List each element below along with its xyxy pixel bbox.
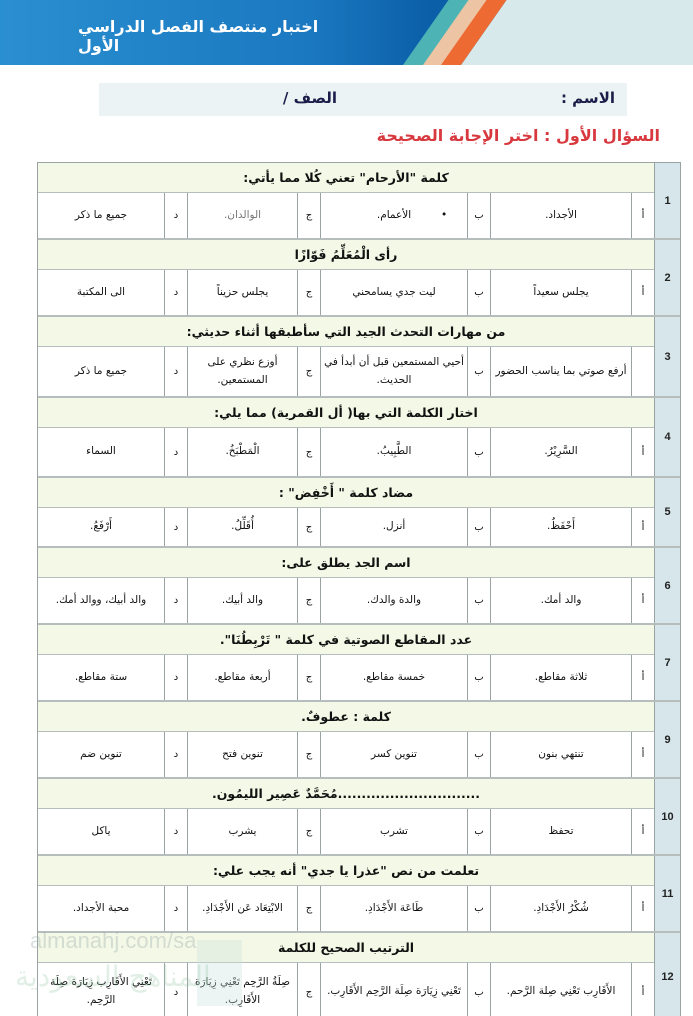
question-text: عدد المقاطع الصوتية في كلمة " تَرْبِطُنَ… [38,625,654,655]
question-row: 4 اختار الكلمة التي بها( أل القمرية) مما… [38,398,680,478]
option-b[interactable]: تنوين كسر [320,732,467,777]
question-number: 6 [654,548,680,623]
option-c-label: ج [297,270,320,315]
option-d-label: د [164,578,187,623]
question-text: كلمة "الأرحام" تعني كُلا مما يأتي: [38,163,654,193]
bullet-icon: • [441,207,447,225]
question-row: 6 اسم الجد يطلق على: أ والد أمك. ب والدة… [38,548,680,625]
questions-table: 1 كلمة "الأرحام" تعني كُلا مما يأتي: أ ا… [37,162,681,1016]
question-body: كلمة : عطوفٌ. أ تنتهي بنون ب تنوين كسر ج… [38,702,654,777]
option-b-label: ب [467,508,490,546]
question-body: من مهارات التحدث الجيد التي سأطبقها أثنا… [38,317,654,396]
options-row: أ تحفظ ب تشرب ج يشرب د ياكل [38,809,654,854]
option-b-label: ب [467,428,490,476]
question-body: اسم الجد يطلق على: أ والد أمك. ب والدة و… [38,548,654,623]
option-d-label: د [164,732,187,777]
question-text: كلمة : عطوفٌ. [38,702,654,732]
options-row: أ ثلاثة مقاطع. ب خمسة مقاطع. ج أربعة مقا… [38,655,654,700]
question-row: 5 مضاد كلمة " أَخْفِض" : أ أَحْفَظُ. ب أ… [38,478,680,548]
option-c-label: ج [297,963,320,1016]
question-text: اختار الكلمة التي بها( أل القمرية) مما ي… [38,398,654,428]
option-b-text: طَاعَة الأَجْدَادِ. [365,900,424,918]
option-a-label: أ [631,578,654,623]
question-text: مضاد كلمة " أَخْفِض" : [38,478,654,508]
options-row: أ تنتهي بنون ب تنوين كسر ج تنوين فتح د ت… [38,732,654,777]
option-a-label: أ [631,655,654,700]
student-info-bar: الاسم : الصف / [99,83,627,116]
question-text: رأى الْمُعَلِّمُ فَوّازًا [38,240,654,270]
option-b-text: أحيي المستمعين قبل أن أبدأ في الحديث. [324,354,464,390]
option-b-label: ب [467,193,490,238]
options-row: أ والد أمك. ب والدة والدك. ج والد أبيك. … [38,578,654,623]
option-c[interactable]: أربعة مقاطع. [187,655,297,700]
option-b-label: ب [467,886,490,931]
option-a[interactable]: السَّرِيْرُ. [490,428,631,476]
question-row: 3 من مهارات التحدث الجيد التي سأطبقها أث… [38,317,680,398]
option-a-label: أ [631,270,654,315]
option-d[interactable]: السماء [38,428,164,476]
option-b[interactable]: أحيي المستمعين قبل أن أبدأ في الحديث. [320,347,467,396]
option-d[interactable]: والد أبيك، ووالد أمك. [38,578,164,623]
option-d-label: د [164,347,187,396]
question-body: اختار الكلمة التي بها( أل القمرية) مما ي… [38,398,654,476]
option-c[interactable]: أُقَلِّلُ. [187,508,297,546]
option-d[interactable]: الى المكتبة [38,270,164,315]
question-body: مضاد كلمة " أَخْفِض" : أ أَحْفَظُ. ب أنز… [38,478,654,546]
question-body: عدد المقاطع الصوتية في كلمة " تَرْبِطُنَ… [38,625,654,700]
option-c-label: ج [297,428,320,476]
option-a[interactable]: والد أمك. [490,578,631,623]
option-c[interactable]: الْمَطْبَخُ. [187,428,297,476]
option-b[interactable]: خمسة مقاطع. [320,655,467,700]
option-c[interactable]: يشرب [187,809,297,854]
option-b[interactable]: والدة والدك. [320,578,467,623]
option-b-label: ب [467,732,490,777]
option-b-text: أنزل. [383,518,406,536]
option-d[interactable]: جميع ما ذكر [38,193,164,238]
option-a[interactable]: تحفظ [490,809,631,854]
option-b-text: الأعمام. [377,207,411,225]
option-b[interactable]: تشرب [320,809,467,854]
exam-title: اختبار منتصف الفصل الدراسي الأول [78,17,348,55]
question-number: 12 [654,933,680,1016]
question-number: 5 [654,478,680,546]
option-b[interactable]: الأعمام. • [320,193,467,238]
option-c[interactable]: الابْتِعَاد عَن الأَجْدَادِ. [187,886,297,931]
option-b[interactable]: الطَّبِيبُ. [320,428,467,476]
option-d-label: د [164,886,187,931]
option-c-label: ج [297,886,320,931]
question-text: ..............................مُحَمَّدٌ … [38,779,654,809]
question-number: 7 [654,625,680,700]
option-d-label: د [164,270,187,315]
option-d[interactable]: ستة مقاطع. [38,655,164,700]
question-number: 3 [654,317,680,396]
question-number: 2 [654,240,680,315]
option-a[interactable]: تنتهي بنون [490,732,631,777]
option-c[interactable]: الوالدان. [187,193,297,238]
option-c-label: ج [297,347,320,396]
option-b-label: ب [467,578,490,623]
question-row: 11 تعلمت من نص "عذرا يا جدي" أنه يجب علي… [38,856,680,933]
option-d-label: د [164,508,187,546]
question-number: 10 [654,779,680,854]
option-c-label: ج [297,809,320,854]
options-row: أ السَّرِيْرُ. ب الطَّبِيبُ. ج الْمَطْبَ… [38,428,654,476]
option-b-label: ب [467,963,490,1016]
option-b-text: تَعْنِي زِيَارَة صِلَة الرَّحِم الأَقَار… [327,983,461,1001]
option-c[interactable]: تنوين فتح [187,732,297,777]
option-b-text: تنوين كسر [371,746,417,764]
option-b-text: خمسة مقاطع. [363,669,425,687]
question-body: كلمة "الأرحام" تعني كُلا مما يأتي: أ الأ… [38,163,654,238]
option-b-text: والدة والدك. [367,592,421,610]
option-b[interactable]: تَعْنِي زِيَارَة صِلَة الرَّحِم الأَقَار… [320,963,467,1016]
option-a-label: أ [631,886,654,931]
question-text: تعلمت من نص "عذرا يا جدي" أنه يجب علي: [38,856,654,886]
option-d[interactable]: أَرْفَعُ. [38,508,164,546]
option-c-label: ج [297,655,320,700]
option-d-label: د [164,428,187,476]
question-number: 9 [654,702,680,777]
option-a-label [631,347,654,396]
option-a[interactable]: الأَقَارِب تَعْنِي صِلة الرَّحم. [490,963,631,1016]
question-number: 11 [654,856,680,931]
option-b-label: ب [467,655,490,700]
option-c-label: ج [297,193,320,238]
question-row: 10 ..............................مُحَمَّ… [38,779,680,856]
option-b-label: ب [467,809,490,854]
question-row: 7 عدد المقاطع الصوتية في كلمة " تَرْبِطُ… [38,625,680,702]
question-text: اسم الجد يطلق على: [38,548,654,578]
option-c[interactable]: أوزع نظري على المستمعين. [187,347,297,396]
option-d[interactable]: جميع ما ذكر [38,347,164,396]
option-d-label: د [164,809,187,854]
option-a[interactable]: ثلاثة مقاطع. [490,655,631,700]
header-banner: اختبار منتصف الفصل الدراسي الأول [0,0,693,65]
option-a-label: أ [631,193,654,238]
option-c[interactable]: والد أبيك. [187,578,297,623]
option-d[interactable]: ياكل [38,809,164,854]
option-c[interactable]: يجلس حزيناً [187,270,297,315]
options-row: أ شُكْرُ الأَجْدَادِ. ب طَاعَة الأَجْدَا… [38,886,654,931]
option-b-text: تشرب [380,823,408,841]
option-a-label: أ [631,963,654,1016]
question-number: 4 [654,398,680,476]
option-b[interactable]: أنزل. [320,508,467,546]
option-a[interactable]: يجلس سعيداً [490,270,631,315]
option-b[interactable]: ليت جدي يسامحني [320,270,467,315]
options-row: أ الأجداد. ب الأعمام. • ج الوالدان. د جم… [38,193,654,238]
class-label: الصف / [283,89,337,107]
watermark-url: almanahj.com/sa [30,928,196,954]
option-c-label: ج [297,732,320,777]
options-row: أ يجلس سعيداً ب ليت جدي يسامحني ج يجلس ح… [38,270,654,315]
option-a-label: أ [631,428,654,476]
option-d[interactable]: محبة الأجداد. [38,886,164,931]
question-body: تعلمت من نص "عذرا يا جدي" أنه يجب علي: أ… [38,856,654,931]
options-row: أرفع صوتي بما يناسب الحضور ب أحيي المستم… [38,347,654,396]
option-d-label: د [164,193,187,238]
option-a[interactable]: أَحْفَظُ. [490,508,631,546]
question-text: من مهارات التحدث الجيد التي سأطبقها أثنا… [38,317,654,347]
name-label: الاسم : [561,89,615,107]
option-b-text: ليت جدي يسامحني [352,284,435,302]
option-a-label: أ [631,508,654,546]
option-a[interactable]: شُكْرُ الأَجْدَادِ. [490,886,631,931]
option-b-text: الطَّبِيبُ. [377,443,412,461]
option-a-label: أ [631,732,654,777]
question-row: 2 رأى الْمُعَلِّمُ فَوّازًا أ يجلس سعيدا… [38,240,680,317]
question-body: ..............................مُحَمَّدٌ … [38,779,654,854]
options-row: أ أَحْفَظُ. ب أنزل. ج أُقَلِّلُ. د أَرْف… [38,508,654,546]
option-c-label: ج [297,508,320,546]
question-body: رأى الْمُعَلِّمُ فَوّازًا أ يجلس سعيداً … [38,240,654,315]
question-row: 9 كلمة : عطوفٌ. أ تنتهي بنون ب تنوين كسر… [38,702,680,779]
section-title: السؤال الأول : اختر الإجابة الصحيحة [377,126,660,145]
option-a-label: أ [631,809,654,854]
option-a[interactable]: أرفع صوتي بما يناسب الحضور [490,347,631,396]
option-c-label: ج [297,578,320,623]
option-a[interactable]: الأجداد. [490,193,631,238]
question-number: 1 [654,163,680,238]
option-d[interactable]: تنوين ضم [38,732,164,777]
option-d-label: د [164,655,187,700]
question-row: 1 كلمة "الأرحام" تعني كُلا مما يأتي: أ ا… [38,163,680,240]
option-b-label: ب [467,347,490,396]
option-b[interactable]: طَاعَة الأَجْدَادِ. [320,886,467,931]
option-b-label: ب [467,270,490,315]
watermark-text: المناهج السعودية [15,960,211,993]
